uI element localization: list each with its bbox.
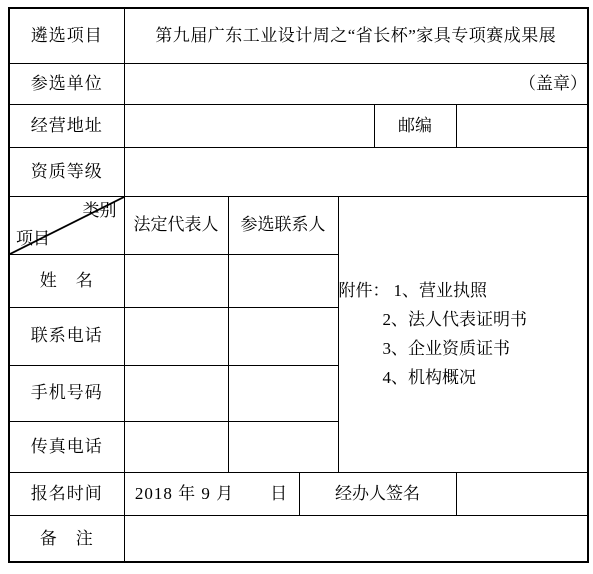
participating-unit-value-cell[interactable]: （盖章） (124, 63, 588, 104)
corner-item-label: 项目 (16, 228, 50, 249)
attachments-cell: 附件：1、营业执照 2、法人代表证明书 3、企业资质证书 4、机构概况 (338, 196, 588, 472)
business-address-label: 经营地址 (9, 104, 124, 147)
matrix-corner-cell: 类别 项目 (9, 196, 124, 254)
qualification-level-label: 资质等级 (9, 147, 124, 196)
remarks-value-cell[interactable] (124, 515, 588, 562)
attachments-line-1: 附件：1、营业执照 (339, 276, 588, 305)
selection-project-label: 遴选项目 (9, 8, 124, 63)
table-row: 经营地址 邮编 (9, 104, 588, 147)
qualification-level-value-cell[interactable] (124, 147, 588, 196)
table-row: 参选单位 （盖章） (9, 63, 588, 104)
mobile-legal-rep-cell[interactable] (124, 365, 228, 421)
table-row: 遴选项目 第九届广东工业设计周之“省长杯”家具专项赛成果展 (9, 8, 588, 63)
form-sheet: 遴选项目 第九届广东工业设计周之“省长杯”家具专项赛成果展 参选单位 （盖章） … (0, 0, 593, 574)
phone-legal-rep-cell[interactable] (124, 307, 228, 365)
business-address-value-cell[interactable] (124, 104, 374, 147)
handler-signature-value-cell[interactable] (456, 472, 588, 515)
fax-label: 传真电话 (9, 421, 124, 472)
table-row: 报名时间 2018 年 9 月 日 经办人签名 (9, 472, 588, 515)
phone-label: 联系电话 (9, 307, 124, 365)
fax-legal-rep-cell[interactable] (124, 421, 228, 472)
handler-signature-label: 经办人签名 (299, 472, 456, 515)
selection-project-value: 第九届广东工业设计周之“省长杯”家具专项赛成果展 (124, 8, 588, 63)
name-contact-cell[interactable] (228, 254, 338, 307)
registration-form-table: 遴选项目 第九届广东工业设计周之“省长杯”家具专项赛成果展 参选单位 （盖章） … (8, 7, 589, 563)
table-row: 备 注 (9, 515, 588, 562)
diagonal-divider: 类别 项目 (10, 197, 124, 254)
attachment-item: 2、法人代表证明书 (383, 305, 588, 334)
postal-code-label: 邮编 (374, 104, 456, 147)
mobile-label: 手机号码 (9, 365, 124, 421)
fax-contact-cell[interactable] (228, 421, 338, 472)
attachment-item: 1、营业执照 (394, 276, 488, 305)
registration-date-cell[interactable]: 2018 年 9 月 日 (124, 472, 299, 515)
participating-unit-label: 参选单位 (9, 63, 124, 104)
corner-category-label: 类别 (83, 200, 117, 221)
remarks-label: 备 注 (9, 515, 124, 562)
mobile-contact-cell[interactable] (228, 365, 338, 421)
table-row: 资质等级 (9, 147, 588, 196)
attachment-item: 4、机构概况 (383, 363, 588, 392)
attachments-label: 附件： (339, 276, 390, 305)
column-header-legal-rep: 法定代表人 (124, 196, 228, 254)
registration-time-label: 报名时间 (9, 472, 124, 515)
postal-code-value-cell[interactable] (456, 104, 588, 147)
table-row: 类别 项目 法定代表人 参选联系人 附件：1、营业执照 2、法人代表证明书 3、… (9, 196, 588, 254)
name-label: 姓 名 (9, 254, 124, 307)
column-header-contact: 参选联系人 (228, 196, 338, 254)
seal-note: （盖章） (519, 74, 587, 93)
attachment-item: 3、企业资质证书 (383, 334, 588, 363)
phone-contact-cell[interactable] (228, 307, 338, 365)
name-legal-rep-cell[interactable] (124, 254, 228, 307)
